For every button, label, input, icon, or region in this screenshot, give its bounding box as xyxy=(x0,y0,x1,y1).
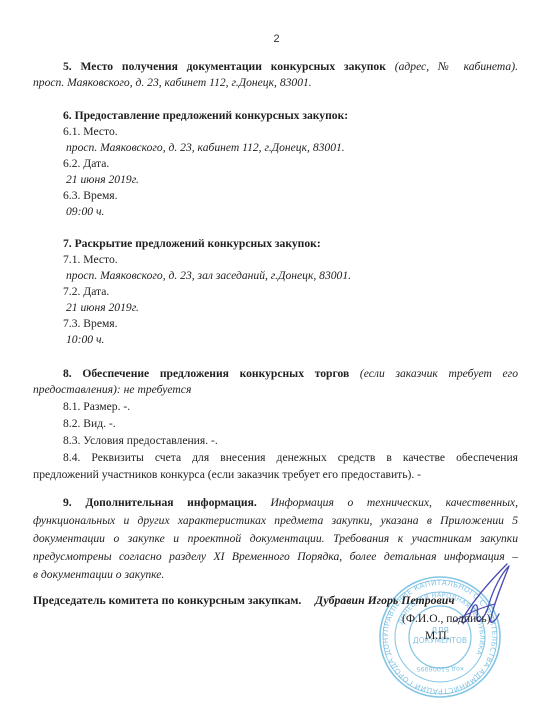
section7-date-label: 7.2. Дата. xyxy=(63,284,109,299)
section6-place-value: просп. Маяковского, д. 23, кабинет 112, … xyxy=(66,140,345,155)
section6-title: 6. Предоставление предложений конкурсных… xyxy=(63,108,348,123)
handwritten-signature-icon xyxy=(445,560,515,640)
section8-requisites: 8.4. Реквизиты счета для внесения денежн… xyxy=(63,450,518,465)
section5-note: (адрес, № кабинета). xyxy=(395,60,518,73)
section7-title: 7. Раскрытие предложений конкурсных заку… xyxy=(63,236,321,251)
section8-requisites-continued: предложений участников конкурса (если за… xyxy=(33,467,421,482)
signature-caption: (Ф.И.О., подпись) xyxy=(402,611,491,626)
signatory-name: Дубравин Игорь Петрович xyxy=(315,593,455,608)
section7-time-value: 10:00 ч. xyxy=(66,332,104,347)
section8-type: 8.2. Вид. -. xyxy=(63,416,116,431)
section6-time-value: 09:00 ч. xyxy=(66,204,104,219)
signatory-position: Председатель комитета по конкурсным заку… xyxy=(33,593,301,608)
section6-date-label: 6.2. Дата. xyxy=(63,156,109,171)
section7-time-label: 7.3. Время. xyxy=(63,316,118,331)
section5-address: просп. Маяковского, д. 23, кабинет 112, … xyxy=(33,75,312,90)
section8-title: 8. Обеспечение предложения конкурсных то… xyxy=(63,367,349,380)
section8-note-continued: предоставления): не требуется xyxy=(33,382,191,397)
page-number: 2 xyxy=(0,33,553,45)
section9-text-line3: документации о закупке и проектной докум… xyxy=(33,531,518,546)
section9-text-line5: в документации о закупке. xyxy=(33,567,164,582)
section8-conditions: 8.3. Условия предоставления. -. xyxy=(63,433,218,448)
section9-heading: 9. Дополнительная информация. Информация… xyxy=(63,495,518,510)
section7-place-label: 7.1. Место. xyxy=(63,252,118,267)
section5-heading: 5. Место получения документации конкурсн… xyxy=(63,59,518,74)
section9-text-line2: функциональных и других характеристиках … xyxy=(33,513,518,528)
section8-note: (если заказчик требует его xyxy=(360,367,518,380)
section7-date-value: 21 июня 2019г. xyxy=(66,300,139,315)
seal-label: М.П. xyxy=(425,628,449,643)
section6-date-value: 21 июня 2019г. xyxy=(66,172,139,187)
section8-heading: 8. Обеспечение предложения конкурсных то… xyxy=(63,366,518,381)
stamp-code: код 51006995 xyxy=(416,665,464,673)
section8-size: 8.1. Размер. -. xyxy=(63,399,130,414)
section7-place-value: просп. Маяковского, д. 23, зал заседаний… xyxy=(66,268,351,283)
section6-place-label: 6.1. Место. xyxy=(63,124,118,139)
section6-time-label: 6.3. Время. xyxy=(63,188,118,203)
section9-text-line1: Информация о технических, качественных, xyxy=(270,496,518,509)
section5-title: 5. Место получения документации конкурсн… xyxy=(63,60,386,73)
section9-title: 9. Дополнительная информация. xyxy=(63,496,257,509)
